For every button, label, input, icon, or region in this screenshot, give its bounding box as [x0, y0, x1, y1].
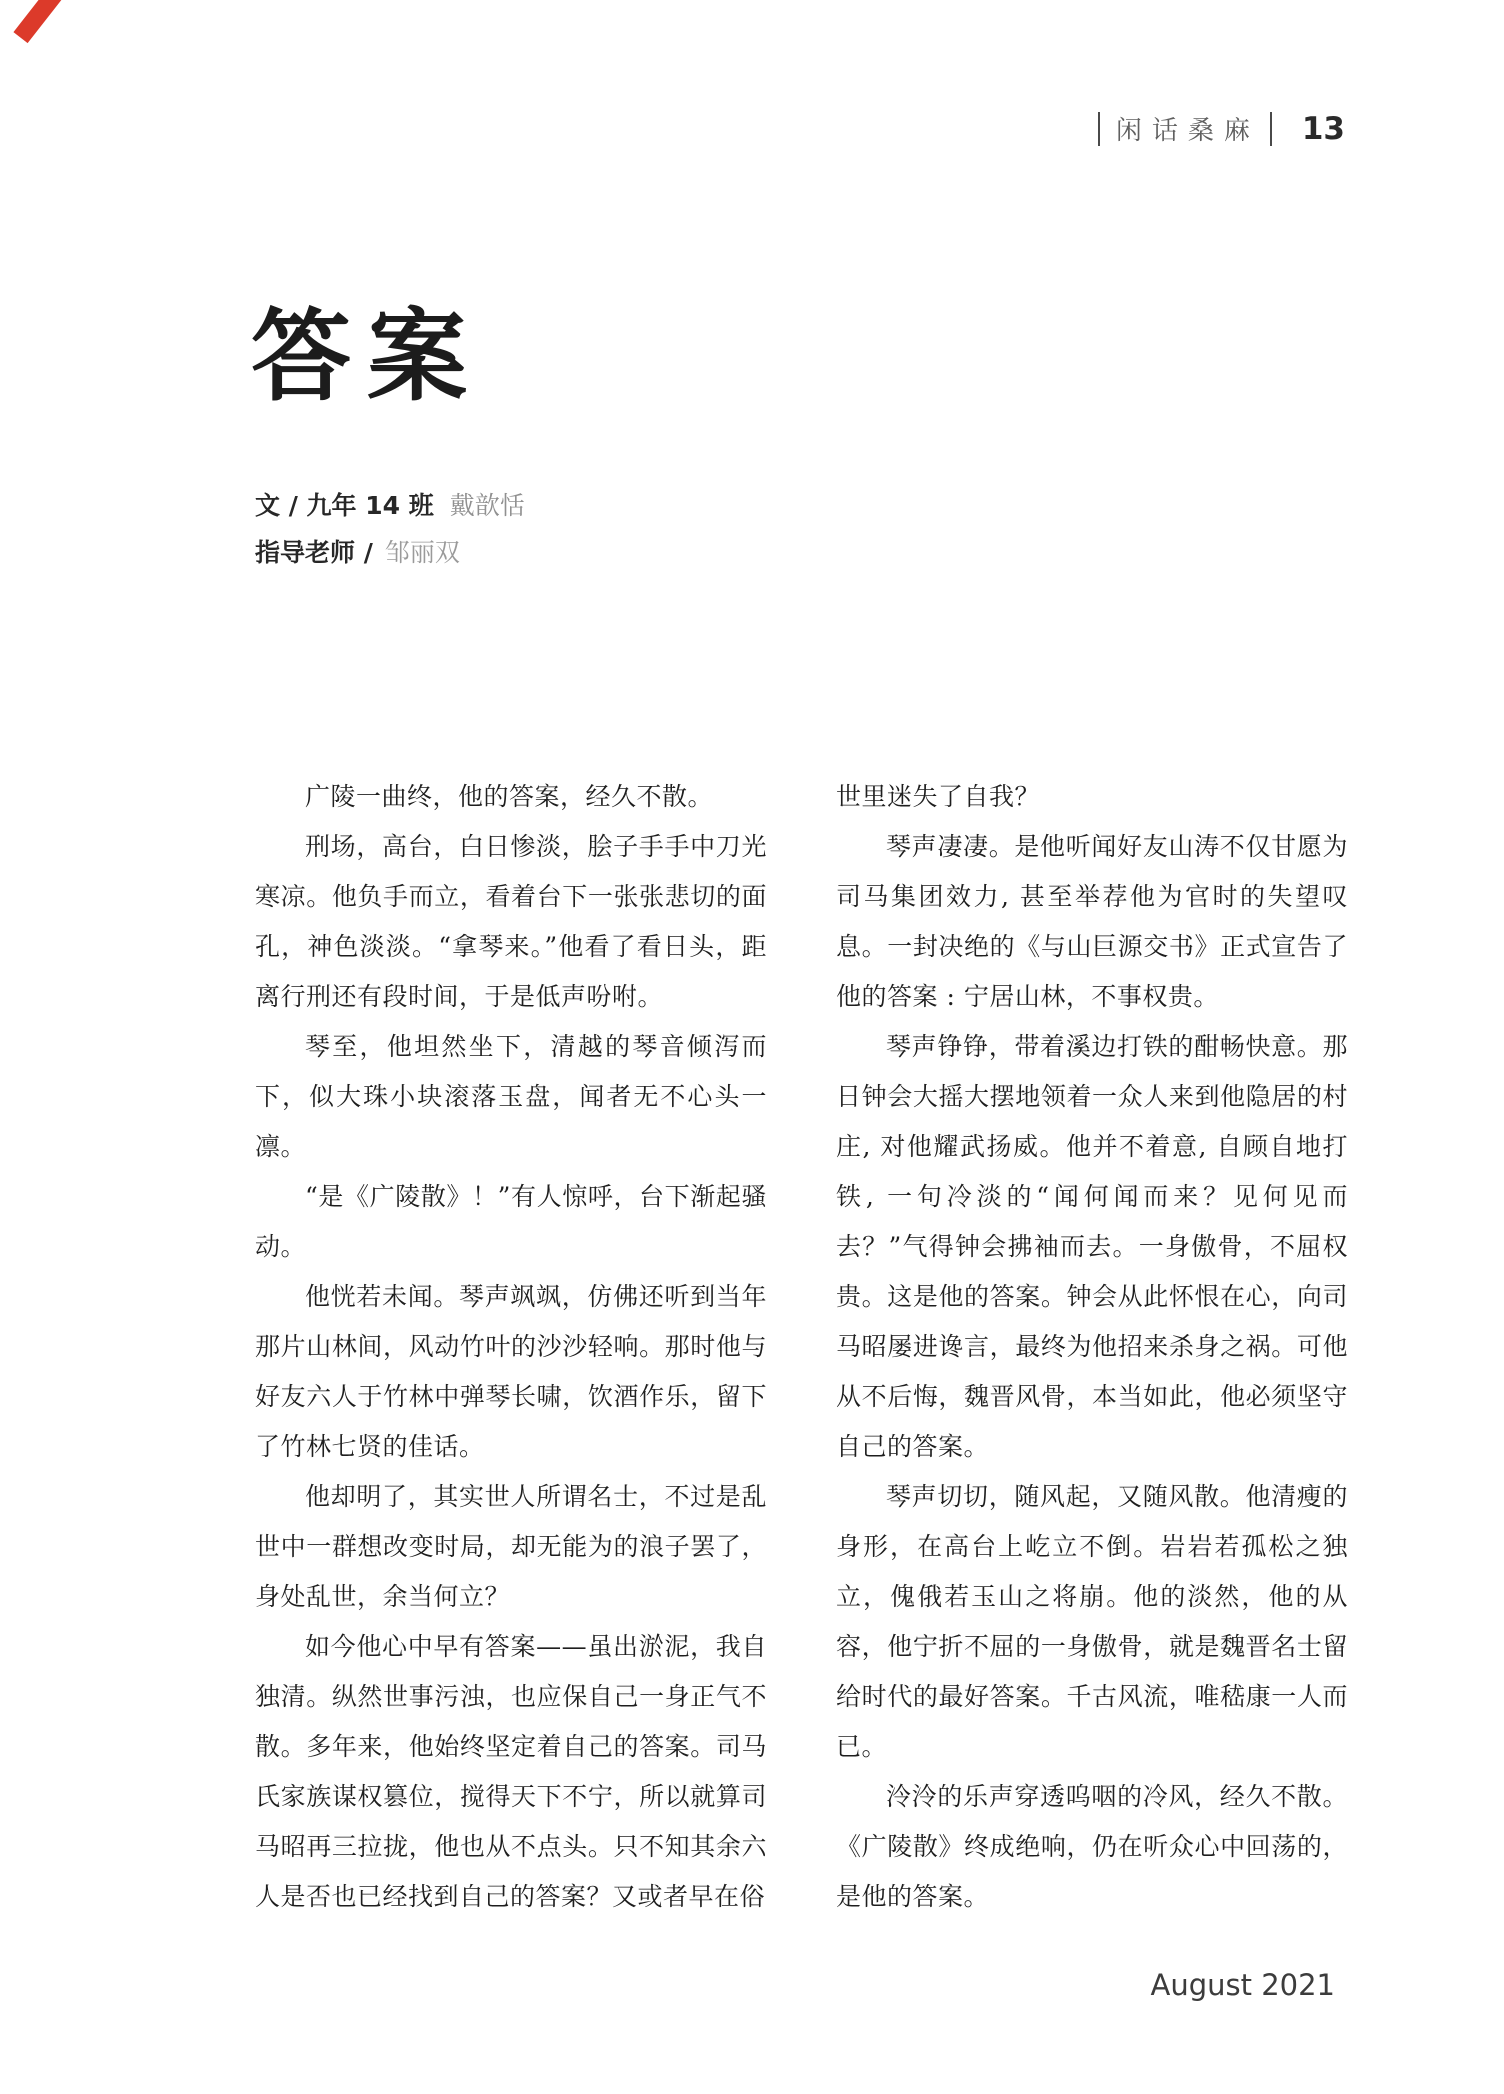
body-paragraph: 世里迷失了自我？: [836, 772, 1348, 822]
article-column-right: 世里迷失了自我？琴声凄凄。是他听闻好友山涛不仅甘愿为司马集团效力, 甚至举荐他为…: [836, 772, 1348, 1922]
teacher-prefix: 指导老师 /: [255, 533, 373, 569]
page-header: 闲话桑麻 13: [1098, 110, 1345, 147]
article-column-left: 广陵一曲终，他的答案，经久不散。刑场，高台，白日惨淡，脍子手手中刀光寒凉。他负手…: [255, 772, 767, 1922]
divider-line: [1270, 112, 1272, 146]
body-paragraph: 他恍若未闻。琴声飒飒，仿佛还听到当年那片山林间，风动竹叶的沙沙轻响。那时他与好友…: [255, 1272, 767, 1472]
body-paragraph: 泠泠的乐声穿透呜咽的冷风，经久不散。《广陵散》终成绝响，仍在听众心中回荡的，是他…: [836, 1772, 1348, 1922]
byline-teacher-line: 指导老师 / 邹丽双: [255, 527, 525, 574]
body-paragraph: 琴至，他坦然坐下，清越的琴音倾泻而下，似大珠小块滚落玉盘，闻者无不心头一凛。: [255, 1022, 767, 1172]
body-paragraph: “是《广陵散》！”有人惊呼，台下渐起骚动。: [255, 1172, 767, 1272]
body-paragraph: 广陵一曲终，他的答案，经久不散。: [255, 772, 767, 822]
body-paragraph: 琴声凄凄。是他听闻好友山涛不仅甘愿为司马集团效力, 甚至举荐他为官时的失望叹息。…: [836, 822, 1348, 1022]
teacher-name: 邹丽双: [385, 533, 460, 569]
divider-line: [1098, 112, 1100, 146]
corner-accent-mark: [13, 0, 64, 43]
page-number: 13: [1302, 111, 1345, 147]
body-paragraph: 他却明了，其实世人所谓名士，不过是乱世中一群想改变时局，却无能为的浪子罢了，身处…: [255, 1472, 767, 1622]
issue-date: August 2021: [1150, 1968, 1335, 2002]
body-paragraph: 琴声铮铮，带着溪边打铁的酣畅快意。那日钟会大摇大摆地领着一众人来到他隐居的村庄,…: [836, 1022, 1348, 1472]
byline: 文 / 九年 14 班 戴歆恬 指导老师 / 邹丽双: [255, 480, 525, 574]
body-paragraph: 如今他心中早有答案——虽出淤泥，我自独清。纵然世事污浊，也应保自己一身正气不散。…: [255, 1622, 767, 1922]
author-name: 戴歆恬: [450, 486, 525, 522]
section-title: 闲话桑麻: [1116, 110, 1260, 147]
author-prefix: 文 / 九年 14 班: [255, 486, 434, 522]
body-paragraph: 刑场，高台，白日惨淡，脍子手手中刀光寒凉。他负手而立，看着台下一张张悲切的面孔，…: [255, 822, 767, 1022]
body-paragraph: 琴声切切，随风起，又随风散。他清瘦的身形，在高台上屹立不倒。岩岩若孤松之独立，傀…: [836, 1472, 1348, 1772]
article-title: 答案: [251, 294, 483, 419]
magazine-page: 闲话桑麻 13 答案 文 / 九年 14 班 戴歆恬 指导老师 / 邹丽双 广陵…: [0, 0, 1504, 2094]
byline-author-line: 文 / 九年 14 班 戴歆恬: [255, 480, 525, 527]
